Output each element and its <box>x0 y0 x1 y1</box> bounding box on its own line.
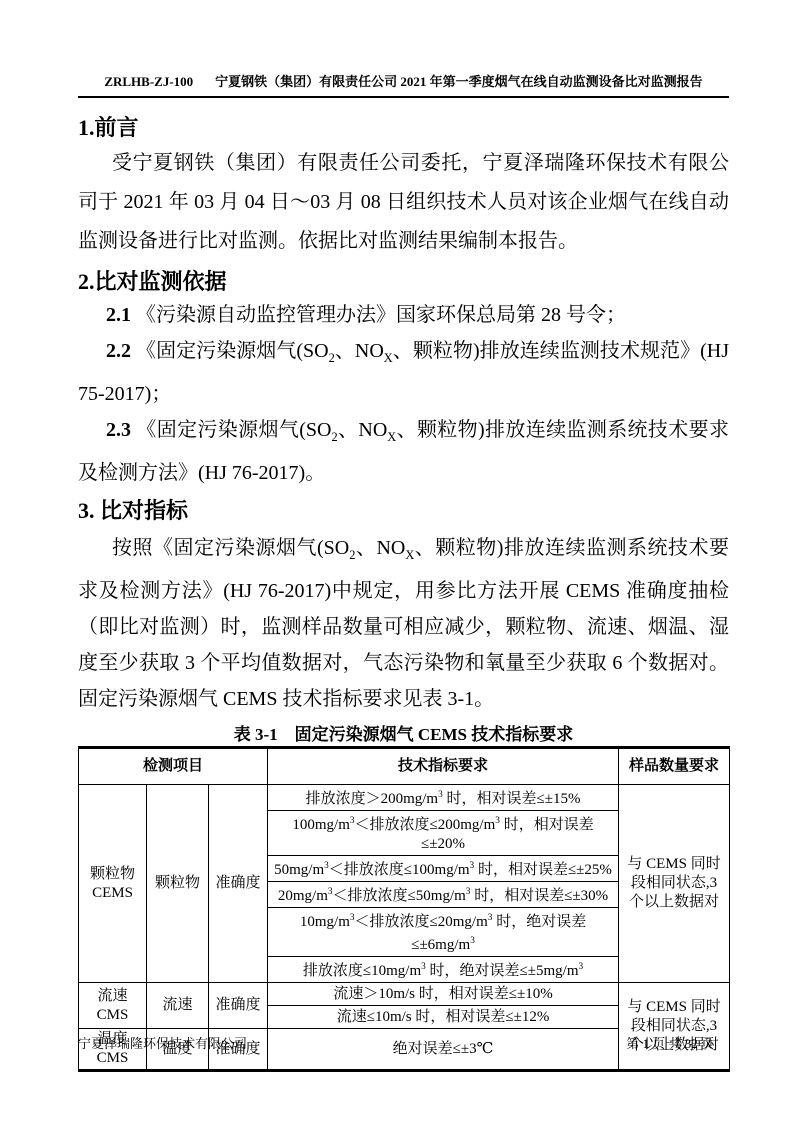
table-caption: 表 3-1 固定污染源烟气 CEMS 技术指标要求 <box>78 724 729 746</box>
cell-requirement: 100mg/m3＜排放浓度≤200mg/m3 时，相对误差≤±20% <box>268 811 619 856</box>
section-3-paragraph: 按照《固定污染源烟气(SO2、NOX、颗粒物)排放连续监测系统技术要求及检测方法… <box>78 530 729 717</box>
table-row: 颗粒物CEMS 颗粒物 准确度 排放浓度＞200mg/m3 时，相对误差≤±15… <box>79 785 730 811</box>
col-header-sample: 样品数量要求 <box>619 748 730 785</box>
cell-requirement: 50mg/m3＜排放浓度≤100mg/m3 时，相对误差≤±25% <box>268 856 619 882</box>
section-1-paragraph: 受宁夏钢铁（集团）有限责任公司委托，宁夏泽瑞隆环保技术有限公司于 2021 年 … <box>78 144 729 261</box>
document-content: ZRLHB-ZJ-100 宁夏钢铁（集团）有限责任公司 2021 年第一季度烟气… <box>78 0 729 1072</box>
cell-requirement: 排放浓度＞200mg/m3 时，相对误差≤±15% <box>268 785 619 811</box>
cell-requirement: 20mg/m3＜排放浓度≤50mg/m3 时，相对误差≤±30% <box>268 882 619 908</box>
cems-requirements-table: 检测项目 技术指标要求 样品数量要求 颗粒物CEMS 颗粒物 准确度 排放浓度＞… <box>78 746 730 1072</box>
cell-requirement: 10mg/m3＜排放浓度≤20mg/m3 时，绝对误差≤±6mg/m3 <box>268 908 619 957</box>
page-footer: 宁夏泽瑞隆环保技术有限公司 第 1 页 共 32 页 <box>78 1036 714 1051</box>
cell-metric-particulate: 准确度 <box>209 785 268 983</box>
cell-requirement: 流速＞10m/s 时，相对误差≤±10% <box>268 983 619 1006</box>
doc-title: 宁夏钢铁（集团）有限责任公司 2021 年第一季度烟气在线自动监测设备比对监测报… <box>215 75 703 89</box>
footer-company: 宁夏泽瑞隆环保技术有限公司 <box>78 1036 247 1051</box>
reference-number: 2.3 <box>106 419 131 441</box>
cell-requirement: 排放浓度≤10mg/m3 时，绝对误差≤±5mg/m3 <box>268 957 619 983</box>
page-header: ZRLHB-ZJ-100 宁夏钢铁（集团）有限责任公司 2021 年第一季度烟气… <box>78 0 729 98</box>
reference-item-2-1: 2.1 《污染源自动监控管理办法》国家环保总局第 28 号令； <box>78 297 729 333</box>
section-3-heading: 3. 比对指标 <box>78 496 729 526</box>
reference-number: 2.1 <box>106 304 131 326</box>
col-header-item: 检测项目 <box>79 748 268 785</box>
col-header-requirement: 技术指标要求 <box>268 748 619 785</box>
table-header-row: 检测项目 技术指标要求 样品数量要求 <box>79 748 730 785</box>
reference-text: 《固定污染源烟气(SO2、NOX、颗粒物)排放连续监测系统技术要求及检测方法》(… <box>78 419 729 484</box>
cell-system-particulate: 颗粒物CEMS <box>79 785 147 983</box>
cell-sample-velocity-temperature: 与 CEMS 同时段相同状态,3 个以上数据对 <box>619 983 730 1071</box>
section-2-heading: 2.比对监测依据 <box>78 267 729 297</box>
document-page: ZRLHB-ZJ-100 宁夏钢铁（集团）有限责任公司 2021 年第一季度烟气… <box>0 0 794 1123</box>
table-row: 流速CMS 流速 准确度 流速＞10m/s 时，相对误差≤±10% 与 CEMS… <box>79 983 730 1006</box>
footer-page-number: 第 1 页 共 32 页 <box>626 1036 714 1051</box>
cell-metric-velocity: 准确度 <box>209 983 268 1029</box>
cell-parameter-velocity: 流速 <box>147 983 209 1029</box>
cell-parameter-particulate: 颗粒物 <box>147 785 209 983</box>
reference-item-2-3: 2.3 《固定污染源烟气(SO2、NOX、颗粒物)排放连续监测系统技术要求及检测… <box>78 412 729 491</box>
reference-text: 《污染源自动监控管理办法》国家环保总局第 28 号令； <box>136 304 626 326</box>
cell-system-velocity: 流速CMS <box>79 983 147 1029</box>
cell-sample-particulate: 与 CEMS 同时段相同状态,3 个以上数据对 <box>619 785 730 983</box>
reference-text: 《固定污染源烟气(SO2、NOX、颗粒物)排放连续监测技术规范》(HJ 75-2… <box>78 340 729 405</box>
reference-item-2-2: 2.2 《固定污染源烟气(SO2、NOX、颗粒物)排放连续监测技术规范》(HJ … <box>78 333 729 412</box>
cell-requirement: 流速≤10m/s 时，相对误差≤±12% <box>268 1006 619 1029</box>
section-1-heading: 1.前言 <box>78 112 729 144</box>
doc-number: ZRLHB-ZJ-100 <box>104 75 193 89</box>
reference-number: 2.2 <box>106 340 131 362</box>
